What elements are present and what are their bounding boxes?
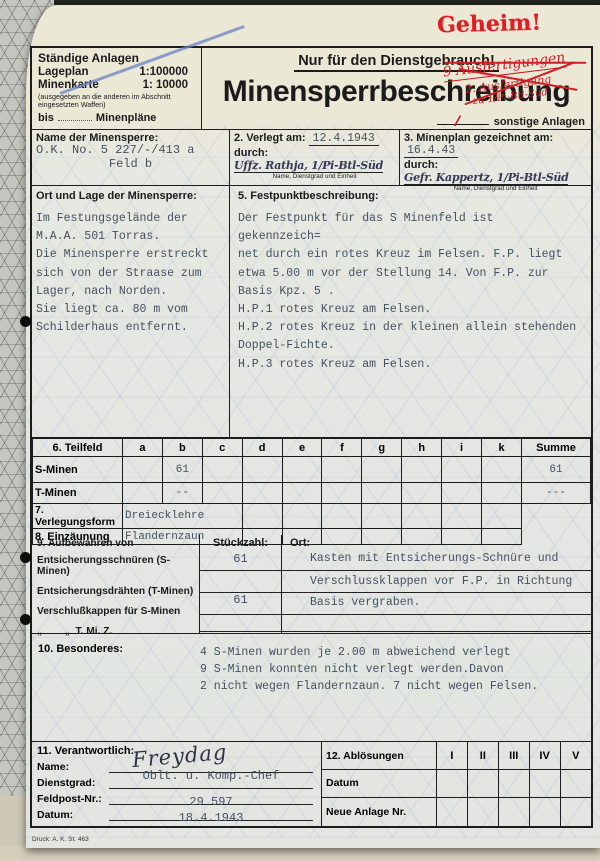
distribution-note: (ausgegeben an die anderen im Abschnitt … (38, 93, 188, 109)
col-summe: Summe (522, 439, 591, 457)
field2-durch-row: durch: Uffz. Rathja, 1/Pi-Btl-Süd (234, 147, 395, 173)
lageplan-label: Lageplan (38, 66, 88, 78)
t-minen-b: -- (162, 483, 202, 504)
s-minen-summe: 61 (522, 457, 591, 483)
field9-item1-label: Entsicherungsschnüren (S-Minen) (37, 555, 199, 577)
col-c: c (202, 439, 242, 457)
field2-date: 12.4.1943 (309, 132, 379, 146)
field2-hint: Name, Dienstgrad und Einheit (234, 173, 395, 180)
field10-label: 10. Besonderes: (38, 643, 123, 655)
teilfeld-label: 6. Teilfeld (33, 439, 123, 457)
neue-anlage-row-label: Neue Anlage Nr. (322, 797, 437, 826)
attachments-title: Ständige Anlagen (38, 51, 201, 65)
dienstgrad-label: Dienstgrad: (37, 777, 109, 789)
teilfeld-table: 6. Teilfeld a b c d e f g h i k Summe S-… (32, 438, 591, 545)
stueckzahl-header: Stückzahl: (200, 537, 281, 552)
t-minen-summe: --- (522, 483, 591, 504)
col-k: k (482, 439, 522, 457)
punch-hole (20, 552, 31, 563)
stueckzahl-2 (200, 571, 281, 593)
red-strike-mark (444, 62, 586, 64)
ort-column: Ort: Kasten mit Entsicherungs-Schnüre un… (282, 535, 591, 633)
bis-label: bis (38, 112, 54, 124)
col-I: I (437, 742, 468, 770)
minenkarte-scale-row: Minenkarte 1: 10000 (38, 79, 188, 91)
bis-minenplaene-row: bisMinenpläne (38, 112, 201, 124)
datum-value: 18.4.1943 (179, 811, 244, 825)
col-III: III (498, 742, 529, 770)
field1-value: O.K. No. 5 227/-/413 a (36, 143, 225, 157)
teilfeld-header-row: 6. Teilfeld a b c d e f g h i k Summe (33, 439, 591, 457)
field3-durch-row: durch: Gefr. Kappertz, 1/Pi-Btl-Süd (404, 159, 587, 185)
ort-line1: Kasten mit Entsicherungs-Schnüre und (282, 552, 591, 571)
field3-label: 3. Minenplan gezeichnet am: 16.4.43 (404, 132, 587, 158)
field2-label: 2. Verlegt am: 12.4.1943 (234, 132, 395, 146)
aufbewahren-labels: 9. Aufbewahren von Entsicherungsschnüren… (32, 535, 200, 633)
field-ort-und-lage: Ort und Lage der Minensperre: Im Festung… (32, 186, 230, 437)
sonstige-anlagen-row: /sonstige Anlagen (437, 116, 585, 128)
abloesungen-datum-row: Datum (322, 770, 591, 798)
col-f: f (322, 439, 362, 457)
blank-line: / (437, 124, 489, 125)
lageplan-scale: 1:100000 (139, 66, 188, 78)
feldpost-row: Feldpost-Nr.: 29 597 (37, 789, 313, 805)
t-minen-row: T-Minen -- --- (33, 483, 591, 504)
field9-item2-label: Entsicherungsdrähten (T-Minen) (37, 586, 199, 597)
stueckzahl-4 (200, 615, 281, 632)
minenkarte-scale: 1: 10000 (143, 79, 188, 91)
dienstgrad-value: Oblt. u. Komp.-Chef (143, 769, 280, 783)
field5-text: Der Festpunkt für das S Minenfeld ist ge… (238, 210, 583, 374)
col-g: g (362, 439, 402, 457)
field-minenplan-gezeichnet: 3. Minenplan gezeichnet am: 16.4.43 durc… (400, 130, 591, 185)
teilfeld-table-row: 6. Teilfeld a b c d e f g h i k Summe S-… (32, 438, 591, 535)
ort-line4 (282, 615, 591, 632)
field1-value-line2: Feld b (36, 157, 225, 171)
field4-text: Im Festungsgelände der M.A.A. 501 Torras… (36, 210, 225, 337)
feldpost-label: Feldpost-Nr.: (37, 793, 109, 805)
abloesungen-neue-anlage-row: Neue Anlage Nr. (322, 797, 591, 826)
red-slash-mark: / (454, 113, 460, 130)
fields-1-3-row: Name der Minensperre: O.K. No. 5 227/-/4… (32, 130, 591, 186)
location-fixpoint-row: Ort und Lage der Minensperre: Im Festung… (32, 186, 591, 438)
field-verlegt-am: 2. Verlegt am: 12.4.1943 durch: Uffz. Ra… (230, 130, 400, 185)
s-minen-b: 61 (162, 457, 202, 483)
minefield-form: Ständige Anlagen Lageplan 1:100000 Minen… (30, 46, 593, 828)
field-festpunktbeschreibung: 5. Festpunktbeschreibung: Der Festpunkt … (230, 186, 591, 437)
field9-item3-label: Verschlußkappen für S-Minen (37, 606, 199, 617)
attachments-info-box: Ständige Anlagen Lageplan 1:100000 Minen… (32, 48, 202, 129)
abloesungen-header-row: 12. Ablösungen I II III IV V (322, 742, 591, 770)
sonstige-anlagen-label: sonstige Anlagen (494, 116, 585, 128)
col-e: e (282, 439, 322, 457)
verlegungsform-value: Dreiecklehre (123, 504, 243, 529)
col-i: i (442, 439, 482, 457)
col-V: V (560, 742, 591, 770)
s-minen-label: S-Minen (33, 457, 123, 483)
field3-durch-value: Gefr. Kappertz, 1/Pi-Btl-Süd (404, 171, 568, 185)
aufbewahren-section: 9. Aufbewahren von Entsicherungsschnüren… (32, 535, 591, 634)
field10-text: 4 S-Minen wurden je 2.00 m abweichend ve… (200, 644, 538, 695)
abloesungen-table: 12. Ablösungen I II III IV V Datum Neue … (322, 742, 591, 826)
s-minen-row: S-Minen 61 61 (33, 457, 591, 483)
col-a: a (123, 439, 163, 457)
col-IV: IV (529, 742, 560, 770)
col-h: h (402, 439, 442, 457)
col-d: d (242, 439, 282, 457)
field2-durch-value: Uffz. Rathja, 1/Pi-Btl-Süd (234, 159, 383, 173)
col-II: II (467, 742, 498, 770)
datum-row-label: Datum (322, 770, 437, 798)
field3-date: 16.4.43 (404, 144, 458, 158)
ort-header: Ort: (282, 537, 591, 552)
besonderes-section: 10. Besonderes: 4 S-Minen wurden je 2.00… (32, 634, 591, 742)
abloesungen-box: 12. Ablösungen I II III IV V Datum Neue … (322, 742, 591, 826)
field4-label: Ort und Lage der Minensperre: (36, 190, 225, 202)
field-name-der-minensperre: Name der Minensperre: O.K. No. 5 227/-/4… (32, 130, 230, 185)
col-b: b (162, 439, 202, 457)
name-label: Name: (37, 761, 109, 773)
verlegungsform-label: 7. Verlegungsform (33, 504, 123, 529)
dienstgrad-row: Dienstgrad: Oblt. u. Komp.-Chef (37, 773, 313, 789)
ort-line3: Basis vergraben. (282, 593, 591, 615)
t-minen-label: T-Minen (33, 483, 123, 504)
datum-row: Datum: 18.4.1943 (37, 805, 313, 821)
blank-line (58, 120, 92, 121)
responsible-relief-section: 11. Verantwortlich: Freydag Name: Dienst… (32, 742, 591, 826)
field12-label: 12. Ablösungen (322, 742, 437, 770)
print-shop-note: Druck: A. K. St. 463 (32, 836, 89, 843)
stueckzahl-column: Stückzahl: 61 61 (200, 535, 282, 633)
stueckzahl-3: 61 (200, 593, 281, 615)
verantwortlich-box: 11. Verantwortlich: Freydag Name: Dienst… (32, 742, 322, 826)
punch-hole (20, 316, 31, 327)
field5-label: 5. Festpunktbeschreibung: (238, 190, 583, 202)
datum-label: Datum: (37, 809, 109, 821)
field9-label: 9. Aufbewahren von (37, 538, 199, 549)
punch-hole (20, 614, 31, 625)
verlegungsform-row: 7. Verlegungsform Dreiecklehre (33, 504, 591, 529)
secret-stamp: Geheim! (437, 10, 542, 39)
minenplaene-label: Minenpläne (96, 112, 157, 124)
stueckzahl-1: 61 (200, 552, 281, 571)
ort-line2: Verschlussklappen vor F.P. in Richtung (282, 571, 591, 593)
